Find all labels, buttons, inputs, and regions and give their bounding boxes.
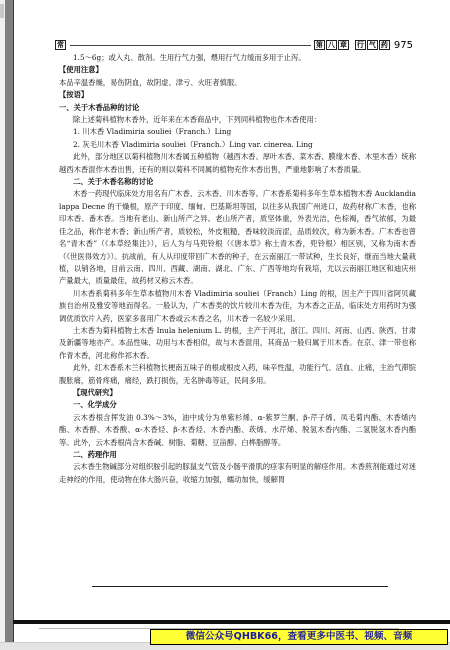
list-item: 1. 川木香 Vladimiria souliei（Franch.）Ling bbox=[59, 126, 416, 138]
subsection-heading: 一、化学成分 bbox=[59, 399, 416, 411]
subsection-heading: 二、关于木香名称的讨论 bbox=[59, 176, 416, 188]
chapter-char: 章 bbox=[338, 40, 349, 50]
section-char: 行 bbox=[355, 40, 366, 50]
paragraph: 本品辛温香燥，易伤阴血，故阴虚、津亏、火旺者慎服。 bbox=[59, 77, 416, 89]
running-header: 常 第 八 章 行 气 药 975 bbox=[55, 38, 413, 52]
paragraph: 除上述菊科植物木香外，近年来在木香商品中，下列同科植物也作木香使用： bbox=[59, 114, 416, 126]
paragraph: 木香一药现代临床处方用名有广木香、云木香、川木香等。广木香系菊科多年生草本植物木… bbox=[59, 188, 416, 287]
paragraph: 此外，部分地区以菊科植物川木香属五种植物（越西木香、厚叶木香、菜木香、膜缘木香、… bbox=[59, 151, 416, 176]
section-heading: 【按语】 bbox=[59, 89, 416, 101]
paragraph: 云木香生物碱部分对组织胺引起的豚鼠支气管及小肠平滑肌的痉挛有明显的解痉作用。木香… bbox=[59, 461, 416, 486]
header-left-box: 常 bbox=[55, 40, 66, 50]
list-item: 2. 灰毛川木香 Vladimiria souliei（Franch.）Ling… bbox=[59, 139, 416, 151]
paragraph: 此外，红木香系木兰科植物长梗南五味子的根或根皮入药，味辛性温，功能行气、活血、止… bbox=[59, 362, 416, 387]
section-heading: 【现代研究】 bbox=[59, 387, 416, 399]
paragraph: 云木香根含挥发油 0.3%～3%，油中成分为单紫杉烯、α-紫罗兰酮、β-芹子烯、… bbox=[59, 412, 416, 449]
page-content: 1.5～6g；或入丸、散剂。生用行气力强，煨用行气力缓而多用于止泻。 【使用注意… bbox=[59, 52, 416, 486]
subsection-heading: 一、关于木香品种的讨论 bbox=[59, 102, 416, 114]
page-number: 975 bbox=[394, 40, 413, 51]
header-rule bbox=[70, 45, 311, 46]
section-char: 药 bbox=[379, 40, 390, 50]
paragraph: 川木香系菊科多年生草本植物川木香 Vladimiria souliei（Fran… bbox=[59, 288, 416, 325]
scrollbar-thumb[interactable] bbox=[0, 4, 4, 18]
paragraph: 1.5～6g；或入丸、散剂。生用行气力强，煨用行气力缓而多用于止泻。 bbox=[59, 52, 416, 64]
paragraph: 土木香为菊科植物土木香 Inula helenium L. 的根，主产于河北，浙… bbox=[59, 325, 416, 362]
section-char: 气 bbox=[367, 40, 378, 50]
chapter-char: 八 bbox=[326, 40, 337, 50]
subsection-heading: 二、药理作用 bbox=[59, 449, 416, 461]
chapter-char: 第 bbox=[314, 40, 325, 50]
watermark-banner: 微信公众号QHBK66，查看更多中医书、视频、音频 bbox=[150, 629, 448, 645]
section-heading: 【使用注意】 bbox=[59, 64, 416, 76]
page-bottom-rule bbox=[92, 586, 388, 587]
